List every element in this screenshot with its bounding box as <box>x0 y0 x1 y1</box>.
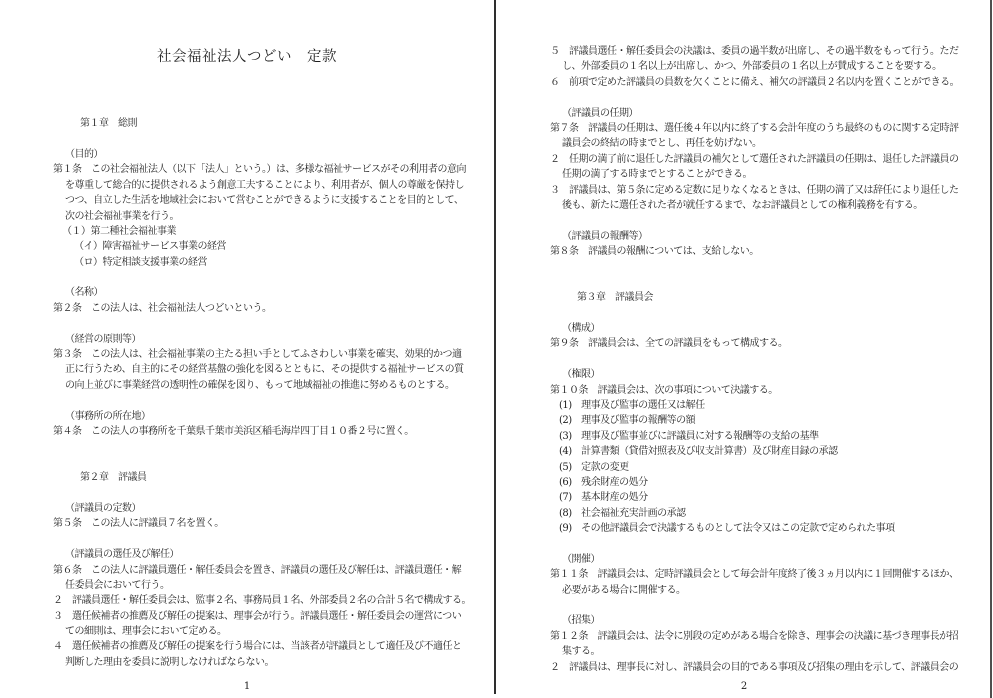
blank-line <box>497 352 991 367</box>
blank-line <box>0 393 494 408</box>
text-line: (5) 定款の変更 <box>497 460 991 475</box>
text-line: （構成） <box>497 321 991 336</box>
text-line: （１）第二種社会福祉事業 <box>0 224 494 239</box>
text-line: ５ 評議員選任・解任委員会の決議は、委員の過半数が出席し、その過半数をもって行う… <box>497 44 991 59</box>
text-line: を尊重して総合的に提供されるよう創意工夫することにより、利用者が、個人の尊厳を保… <box>0 178 494 193</box>
text-line: (6) 残余財産の処分 <box>497 475 991 490</box>
text-line: 正に行うため、自主的にその経営基盤の強化を図るとともに、その提供する福祉サービス… <box>0 362 494 377</box>
blank-line <box>0 270 494 285</box>
text-line: 第４条 この法人の事務所を千葉県千葉市美浜区稲毛海岸四丁目１０番２号に置く。 <box>0 424 494 439</box>
text-line: 第５条 この法人に評議員７名を置く。 <box>0 516 494 531</box>
blank-line <box>497 90 991 105</box>
text-line: （事務所の所在地） <box>0 409 494 424</box>
text-line: 第９条 評議員会は、全ての評議員をもって構成する。 <box>497 336 991 351</box>
text-line: 第６条 この法人に評議員選任・解任委員会を置き、評議員の選任及び解任は、評議員選… <box>0 563 494 578</box>
chapter-heading: 第１章 総則 <box>0 116 494 131</box>
text-line: 第７条 評議員の任期は、選任後４年以内に終了する会計年度のうち最終のものに関する… <box>497 121 991 136</box>
text-line: (3) 理事及び監事並びに評議員に対する報酬等の支給の基準 <box>497 429 991 444</box>
blank-line <box>497 306 991 321</box>
blank-line <box>497 213 991 228</box>
text-line: （評議員の選任及び解任） <box>0 547 494 562</box>
text-line: （権限） <box>497 367 991 382</box>
text-line: （イ）障害福祉サービス事業の経営 <box>0 239 494 254</box>
blank-line <box>0 532 494 547</box>
text-line: し、外部委員の１名以上が出席し、かつ、外部委員の１名以上が賛成することを要する。 <box>497 59 991 74</box>
text-line: （目的） <box>0 147 494 162</box>
document-title: 社会福祉法人つどい 定款 <box>0 44 494 70</box>
text-line: 議員会の終結の時までとし、再任を妨げない。 <box>497 136 991 151</box>
document-spread: 社会福祉法人つどい 定款第１章 総則（目的）第１条 この社会福祉法人（以下「法人… <box>0 0 993 698</box>
text-line: （評議員の定数） <box>0 501 494 516</box>
text-line: 第１１条 評議員会は、定時評議員会として毎会計年度終了後３ヵ月以内に１回開催する… <box>497 567 991 582</box>
text-line: 第１２条 評議員会は、法令に別段の定めがある場合を除き、理事会の決議に基づき理事… <box>497 629 991 644</box>
blank-line <box>0 486 494 501</box>
blank-line <box>497 259 991 274</box>
text-line: ２ 任期の満了前に退任した評議員の補欠として選任された評議員の任期は、退任した評… <box>497 152 991 167</box>
text-line: （招集） <box>497 613 991 628</box>
text-line: ３ 選任候補者の推薦及び解任の提案は、理事会が行う。評議員選任・解任委員会の運営… <box>0 609 494 624</box>
blank-line <box>497 537 991 552</box>
text-line: 集する。 <box>497 644 991 659</box>
text-line: 任期の満了する時までとすることができる。 <box>497 167 991 182</box>
text-line: 後も、新たに選任された者が就任するまで、なお評議員としての権利義務を有する。 <box>497 198 991 213</box>
document-page-2: ５ 評議員選任・解任委員会の決議は、委員の過半数が出席し、その過半数をもって行う… <box>497 0 991 698</box>
page-1-text: 社会福祉法人つどい 定款第１章 総則（目的）第１条 この社会福祉法人（以下「法人… <box>0 44 494 670</box>
text-line: (2) 理事及び監事の報酬等の額 <box>497 413 991 428</box>
text-line: 第８条 評議員の報酬については、支給しない。 <box>497 244 991 259</box>
text-line: ４ 選任候補者の推薦及び解任の提案を行う場合には、当該者が評議員として適任及び不… <box>0 639 494 654</box>
text-line: 第１０条 評議員会は、次の事項について決議する。 <box>497 383 991 398</box>
blank-line <box>0 316 494 331</box>
text-line: （名称） <box>0 285 494 300</box>
text-line: 次の社会福祉事業を行う。 <box>0 209 494 224</box>
blank-line <box>0 101 494 116</box>
text-line: (4) 計算書類（貸借対照表及び収支計算書）及び財産目録の承認 <box>497 444 991 459</box>
text-line: 第２条 この法人は、社会福祉法人つどいという。 <box>0 301 494 316</box>
text-line: 第３条 この法人は、社会福祉事業の主たる担い手としてふさわしい事業を確実、効果的… <box>0 347 494 362</box>
text-line: （開催） <box>497 552 991 567</box>
text-line: （ロ）特定相談支援事業の経営 <box>0 255 494 270</box>
text-line: (9) その他評議員会で決議するものとして法令又はこの定款で定められた事項 <box>497 521 991 536</box>
text-line: ての細則は、理事会において定める。 <box>0 624 494 639</box>
document-page-1: 社会福祉法人つどい 定款第１章 総則（目的）第１条 この社会福祉法人（以下「法人… <box>0 0 494 698</box>
text-line: 判断した理由を委員に説明しなければならない。 <box>0 655 494 670</box>
text-line: 第１条 この社会福祉法人（以下「法人」という。）は、多様な福祉サービスがその利用… <box>0 162 494 177</box>
text-line: ２ 評議員選任・解任委員会は、監事２名、事務局員１名、外部委員２名の合計５名で構… <box>0 593 494 608</box>
page-1-number: 1 <box>0 681 494 692</box>
page-right-edge-line <box>990 0 992 698</box>
chapter-heading: 第２章 評議員 <box>0 470 494 485</box>
blank-line <box>0 439 494 454</box>
text-line: ６ 前項で定めた評議員の員数を欠くことに備え、補欠の評議員２名以内を置くことがで… <box>497 75 991 90</box>
blank-line <box>497 275 991 290</box>
text-line: （経営の原則等） <box>0 332 494 347</box>
page-2-number: 2 <box>497 681 991 692</box>
text-line: つつ、自立した生活を地域社会において営むことができるように支援することを目的とし… <box>0 193 494 208</box>
blank-line <box>0 85 494 100</box>
blank-line <box>0 132 494 147</box>
chapter-heading: 第３章 評議員会 <box>497 290 991 305</box>
text-line: (7) 基本財産の処分 <box>497 490 991 505</box>
blank-line <box>0 70 494 85</box>
text-line: ２ 評議員は、理事長に対し、評議員会の目的である事項及び招集の理由を示して、評議… <box>497 660 991 675</box>
text-line: (1) 理事及び監事の選任又は解任 <box>497 398 991 413</box>
blank-line <box>0 455 494 470</box>
blank-line <box>497 598 991 613</box>
text-line: 必要がある場合に開催する。 <box>497 583 991 598</box>
page-2-text: ５ 評議員選任・解任委員会の決議は、委員の過半数が出席し、その過半数をもって行う… <box>497 44 991 675</box>
text-line: の向上並びに事業経営の透明性の確保を図り、もって地域福祉の推進に努めるものとする… <box>0 378 494 393</box>
page-divider-line <box>494 0 496 694</box>
text-line: (8) 社会福祉充実計画の承認 <box>497 506 991 521</box>
text-line: （評議員の報酬等） <box>497 229 991 244</box>
text-line: （評議員の任期） <box>497 106 991 121</box>
text-line: 任委員会において行う。 <box>0 578 494 593</box>
text-line: ３ 評議員は、第５条に定める定数に足りなくなるときは、任期の満了又は辞任により退… <box>497 183 991 198</box>
